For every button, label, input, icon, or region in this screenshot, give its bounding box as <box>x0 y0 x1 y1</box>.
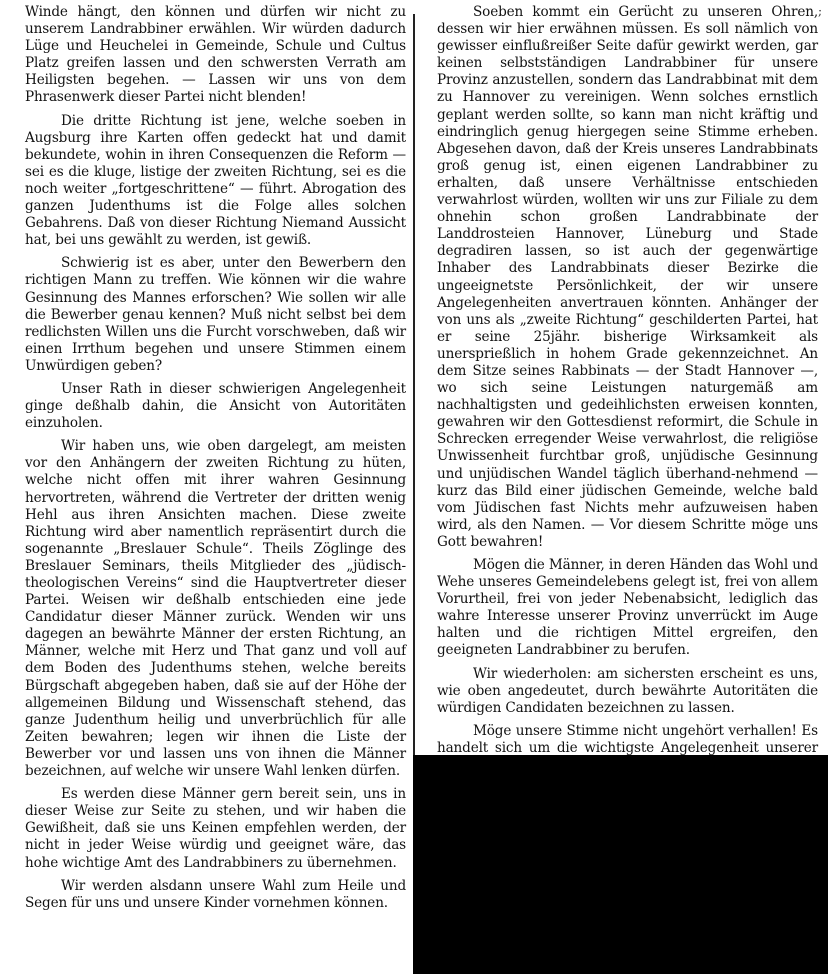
right-column: Soeben kommt ein Gerücht zu unseren Ohre… <box>437 4 818 780</box>
blank-scan-area <box>413 755 828 974</box>
paragraph: Es werden diese Männer gern bereit sein,… <box>25 786 406 871</box>
paragraph: Wir haben uns, wie oben dargelegt, am me… <box>25 438 406 780</box>
paragraph: Schwierig ist es aber, unter den Bewerbe… <box>25 255 406 375</box>
paragraph: Soeben kommt ein Gerücht zu unseren Ohre… <box>437 4 818 551</box>
paragraph: Wir wiederholen: am sichersten erscheint… <box>437 666 818 717</box>
paragraph: Winde hängt, den können und dürfen wir n… <box>25 4 406 107</box>
margin-mark: ; <box>818 4 822 18</box>
newspaper-page-scan: Winde hängt, den können und dürfen wir n… <box>0 0 828 974</box>
paragraph: Mögen die Männer, in deren Händen das Wo… <box>437 557 818 660</box>
paragraph: Wir werden alsdann unsere Wahl zum Heile… <box>25 878 406 912</box>
paragraph: Die dritte Richtung ist jene, welche soe… <box>25 113 406 250</box>
left-column: Winde hängt, den können und dürfen wir n… <box>25 4 406 918</box>
paragraph: Unser Rath in dieser schwierigen Angeleg… <box>25 381 406 432</box>
